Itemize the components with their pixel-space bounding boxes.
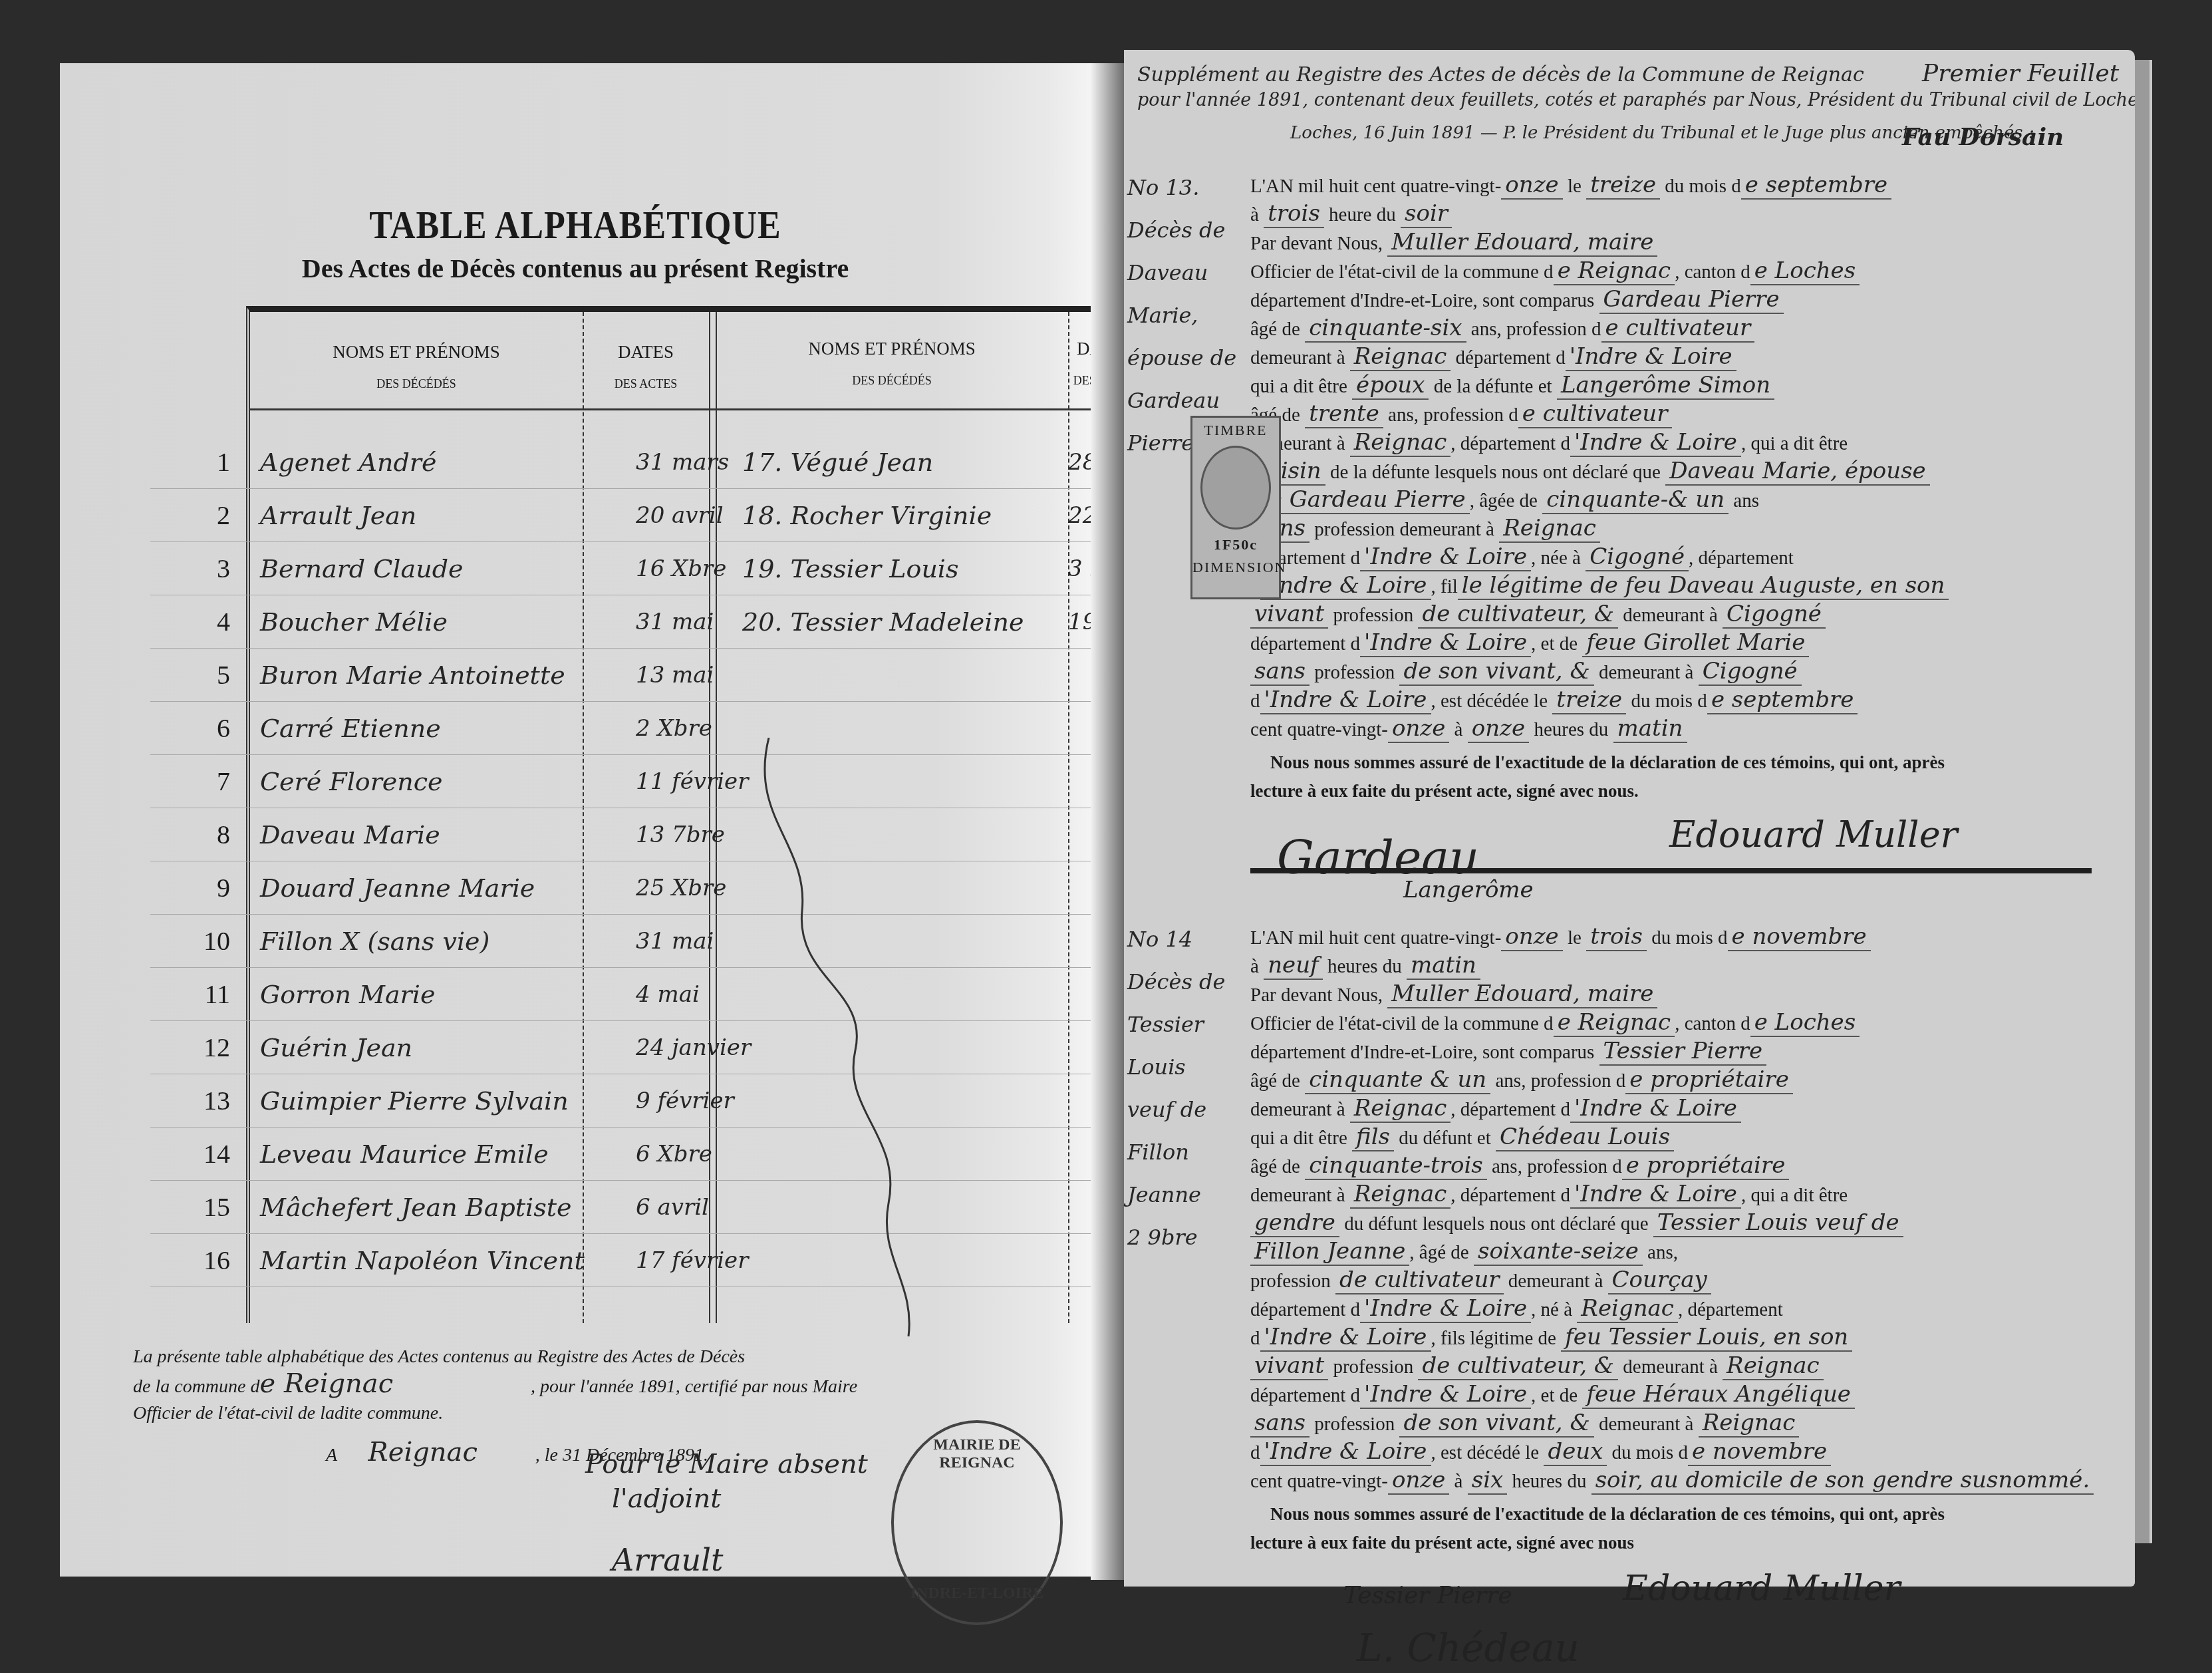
printed-text: , né à <box>1531 1299 1577 1320</box>
handwritten-entry: feu Tessier Louis, en son <box>1561 1324 1852 1352</box>
handwritten-entry: treize <box>1552 686 1626 714</box>
handwritten-entry: Langerôme Simon <box>1557 372 1774 400</box>
act-line: d'Indre & Loire, est décédée le treize d… <box>1250 688 2108 713</box>
deceased-name: Douard Jeanne Marie <box>260 873 535 903</box>
act-line: demeurant à Reignac, département d'Indre… <box>1250 1096 2108 1122</box>
printed-text: profession <box>1310 662 1399 683</box>
act-line: département d'Indre & Loire, née à Cigog… <box>1250 545 2108 570</box>
deceased-name: Martin Napoléon Vincent <box>260 1246 585 1275</box>
handwritten-entry: e novembre <box>1688 1438 1831 1466</box>
printed-text: , département <box>1678 1299 1783 1320</box>
handwritten-entry: e septembre <box>1741 172 1891 200</box>
printed-text: , fils légitime de <box>1431 1328 1562 1349</box>
signature: Edouard Muller <box>1623 1569 1900 1608</box>
printed-text: département d <box>1250 1385 1360 1406</box>
table-row: 8Daveau Marie13 7bre <box>150 811 1108 861</box>
act-line: demeurant à Reignac département d'Indre … <box>1250 345 2108 370</box>
handwritten-entry: soixante-seize <box>1474 1238 1643 1266</box>
closing-text: Nous nous sommes assuré de l'exactitude … <box>1250 750 2128 774</box>
printed-text: ans, profession d <box>1466 319 1601 340</box>
printed-text: à <box>1449 1471 1467 1492</box>
printed-text: , est décédée le <box>1431 690 1553 712</box>
printed-text: département d <box>1250 633 1360 655</box>
printed-text: de la défunte lesquels nous ont déclaré … <box>1325 462 1665 483</box>
handwritten-entry: sans <box>1250 658 1310 686</box>
printed-text: à <box>1250 204 1264 226</box>
signature: Arrault <box>612 1543 868 1577</box>
handwritten-entry: de cultivateur, & <box>1418 1352 1618 1380</box>
sheet-label: Premier Feuillet <box>1922 60 2119 87</box>
act-line: vivant profession de cultivateur, & deme… <box>1250 602 2108 627</box>
left-page: TABLE ALPHABÉTIQUE Des Actes de Décès co… <box>60 63 1091 1577</box>
act-line: à neuf heures du matin <box>1250 953 2108 979</box>
act-date: 17 février <box>636 1247 749 1274</box>
handwritten-entry: 'Indre & Loire <box>1260 686 1431 714</box>
printed-text: Officier de l'état-civil de la commune d <box>1250 1013 1554 1034</box>
printed-text: , âgée de <box>1470 490 1543 512</box>
handwritten-entry: Daveau Marie, épouse <box>1665 458 1930 486</box>
handwritten-entry: onze <box>1388 715 1449 743</box>
printed-text: profession <box>1328 605 1418 626</box>
handwritten-entry: e cultivateur <box>1518 400 1672 428</box>
page-title: TABLE ALPHABÉTIQUE <box>60 204 1091 249</box>
deceased-name: Guérin Jean <box>260 1033 412 1062</box>
deceased-name: Buron Marie Antoinette <box>260 661 565 690</box>
act-line: d'Indre & Loire, est décédé le deux du m… <box>1250 1440 2108 1465</box>
handwritten-entry: de son vivant, & <box>1399 1410 1593 1438</box>
signature: Langerôme <box>1403 877 1534 903</box>
header-names-2: NOMS ET PRÉNOMS DES DÉCÉDÉS <box>716 339 1068 388</box>
void-wavy-line <box>756 738 928 1336</box>
row-number: 10 <box>164 925 230 957</box>
signature: Edouard Muller <box>1669 814 1957 855</box>
deceased-name: Gorron Marie <box>260 980 435 1009</box>
table-row: 3Bernard Claude16 Xbre19. Tessier Louis3… <box>150 545 1108 595</box>
signature: Tessier Pierre <box>1343 1582 1512 1609</box>
table-row: 14Leveau Maurice Emile6 Xbre <box>150 1130 1108 1181</box>
handwritten-entry: e septembre <box>1707 686 1858 714</box>
act-date: 4 mai <box>636 981 700 1008</box>
handwritten-entry: vivant <box>1250 601 1328 629</box>
printed-text: du mois d <box>1660 176 1741 197</box>
act-line: demeurant à Reignac, département d'Indre… <box>1250 1182 2108 1207</box>
handwritten-entry: 'Indre & Loire <box>1360 1295 1531 1323</box>
act-line: département d'Indre-et-Loire, sont compa… <box>1250 1039 2108 1064</box>
table-row: 9Douard Jeanne Marie25 Xbre <box>150 864 1108 915</box>
deceased-name: 17. Végué Jean <box>742 448 933 477</box>
handwritten-entry: de cultivateur <box>1335 1267 1503 1294</box>
handwritten-entry: époux <box>1352 372 1429 400</box>
handwritten-entry: Tessier Pierre <box>1599 1038 1767 1066</box>
printed-text: demeurant à <box>1250 1099 1350 1120</box>
act-date: 13 mai <box>636 662 714 688</box>
handwritten-entry: le légitime de feu Daveau Auguste, en so… <box>1458 572 1949 600</box>
handwritten-entry: Chédeau Louis <box>1496 1124 1674 1151</box>
handwritten-entry: trente <box>1305 400 1383 428</box>
printed-text: de la défunte et <box>1429 376 1556 397</box>
table-row: 12Guérin Jean24 janvier <box>150 1024 1108 1074</box>
handwritten-entry: onze <box>1388 1467 1449 1495</box>
handwritten-entry: Gardeau Pierre <box>1599 286 1784 314</box>
register-header-note: Supplément au Registre des Actes de décè… <box>1137 63 1864 86</box>
book-gutter <box>1091 63 1124 1580</box>
handwritten-entry: Reignac <box>1350 1181 1451 1209</box>
handwritten-entry: cinquante-& un <box>1542 486 1728 514</box>
printed-text: âgé de <box>1250 1156 1305 1177</box>
header-rule <box>250 408 1108 410</box>
handwritten-entry: Reignac <box>1723 1352 1824 1380</box>
printed-text: , et de <box>1531 633 1582 655</box>
handwritten-entry: Reignac <box>1350 1095 1451 1123</box>
act-line: département d'Indre & Loire, né à Reigna… <box>1250 1296 2108 1322</box>
printed-text: demeurant à <box>1618 1356 1723 1378</box>
printed-text: d <box>1250 1442 1260 1463</box>
page-subtitle: Des Actes de Décès contenus au présent R… <box>60 253 1091 284</box>
act-date: 16 Xbre <box>636 555 726 582</box>
handwritten-entry: deux <box>1544 1438 1607 1466</box>
deceased-name: Mâchefert Jean Baptiste <box>260 1193 571 1222</box>
printed-text: cent quatre-vingt- <box>1250 719 1388 740</box>
act-line: de Gardeau Pierre, âgée de cinquante-& u… <box>1250 488 2108 513</box>
handwritten-entry: Reignac <box>1350 343 1451 371</box>
printed-text: , département d <box>1451 1185 1570 1206</box>
handwritten-entry: soir <box>1401 200 1452 228</box>
printed-text: du mois d <box>1607 1442 1688 1463</box>
handwritten-entry: feue Girollet Marie <box>1582 629 1809 657</box>
row-number: 16 <box>164 1245 230 1276</box>
act-line: gendre du défunt lesquels nous ont décla… <box>1250 1211 2108 1236</box>
printed-text: du défunt et <box>1394 1128 1496 1149</box>
printed-text: du mois d <box>1647 927 1728 949</box>
fiscal-stamp: TIMBRE 1F50c DIMENSION <box>1190 416 1281 599</box>
handwritten-entry: de Gardeau Pierre <box>1250 486 1470 514</box>
handwritten-entry: onze <box>1501 172 1562 200</box>
handwritten-entry: de son vivant, & <box>1399 658 1593 686</box>
right-page: Supplément au Registre des Actes de décè… <box>1124 50 2135 1587</box>
printed-text: , qui a dit être <box>1741 1185 1848 1206</box>
act-line: cent quatre-vingt-onze à onze heures du … <box>1250 716 2108 742</box>
printed-text: cent quatre-vingt- <box>1250 1471 1388 1492</box>
alphabetical-table: NOMS ET PRÉNOMS DES DÉCÉDÉS DATES DES AC… <box>246 306 1108 1323</box>
handwritten-entry: Cigogné <box>1723 601 1826 629</box>
deceased-name: Bernard Claude <box>260 554 463 583</box>
margin-note: No 14Décès deTessier Louisveuf deFillon … <box>1127 918 1247 1259</box>
deceased-name: Leveau Maurice Emile <box>260 1140 549 1169</box>
printed-text: , née à <box>1531 547 1586 569</box>
printed-text: le <box>1563 176 1586 197</box>
deceased-name: Daveau Marie <box>260 820 440 849</box>
printed-text: L'AN mil huit cent quatre-vingt- <box>1250 927 1501 949</box>
act-line: département d'Indre & Loire, et de feue … <box>1250 1382 2108 1408</box>
act-line: sans profession de son vivant, & demeura… <box>1250 1411 2108 1436</box>
handwritten-entry: Reignac <box>1699 1410 1800 1438</box>
handwritten-entry: 'Indre & Loire <box>1360 1381 1531 1409</box>
row-number: 3 <box>164 553 230 584</box>
printed-text: le <box>1563 927 1586 949</box>
table-row: 7Ceré Florence11 février <box>150 758 1108 808</box>
handwritten-entry: 'Indre & Loire <box>1260 572 1431 600</box>
act-date: 24 janvier <box>636 1034 751 1061</box>
printed-text: ans, profession d <box>1383 404 1518 426</box>
printed-text: demeurant à <box>1618 605 1723 626</box>
handwritten-entry: Cigogné <box>1586 543 1689 571</box>
handwritten-entry: feue Héraux Angélique <box>1582 1381 1855 1409</box>
handwritten-entry: sans <box>1250 1410 1310 1438</box>
handwritten-entry: trois <box>1264 200 1324 228</box>
printed-text: , département d <box>1451 1099 1570 1120</box>
act-line: âgé de cinquante-trois ans, profession d… <box>1250 1153 2108 1179</box>
deceased-name: 18. Rocher Virginie <box>742 501 992 530</box>
row-number: 15 <box>164 1191 230 1223</box>
deceased-name: Guimpier Pierre Sylvain <box>260 1086 569 1116</box>
handwritten-entry: 'Indre & Loire <box>1566 343 1736 371</box>
handwritten-entry: Reignac <box>1499 515 1600 543</box>
municipal-seal: MAIRIE DE REIGNAC INDRE-ET-LOIRE <box>891 1420 1063 1625</box>
act-line: demeurant à Reignac, département d'Indre… <box>1250 430 2108 456</box>
printed-text: âgé de <box>1250 1070 1305 1092</box>
printed-text: ans, profession d <box>1490 1070 1625 1092</box>
printed-text: qui a dit être <box>1250 376 1352 397</box>
deceased-name: Carré Etienne <box>260 714 441 743</box>
printed-text: du défunt lesquels nous ont déclaré que <box>1339 1213 1653 1235</box>
printed-text: d <box>1250 690 1260 712</box>
table-row: 10Fillon X (sans vie)31 mai <box>150 917 1108 968</box>
handwritten-entry: Fillon Jeanne <box>1250 1238 1409 1266</box>
printed-text: qui a dit être <box>1250 1128 1352 1149</box>
printed-text: heures du <box>1323 956 1407 977</box>
handwritten-entry: e Loches <box>1750 257 1860 285</box>
printed-text: demeurant à <box>1594 1414 1699 1435</box>
act-line: Par devant Nous, Muller Edouard, maire <box>1250 230 2108 255</box>
printed-text: , département <box>1689 547 1794 569</box>
closing-text: lecture à eux faite du présent acte, sig… <box>1250 779 2108 803</box>
header-names-1: NOMS ET PRÉNOMS DES DÉCÉDÉS <box>250 342 583 391</box>
handwritten-entry: soir, au domicile de son gendre susnommé… <box>1591 1467 2094 1495</box>
handwritten-entry: e propriétaire <box>1622 1152 1790 1180</box>
closing-text: Nous nous sommes assuré de l'exactitude … <box>1250 1502 2128 1526</box>
handwritten-entry: 'Indre & Loire <box>1360 543 1531 571</box>
printed-text: , département d <box>1451 433 1570 454</box>
printed-text: profession <box>1310 1414 1399 1435</box>
table-row: 15Mâchefert Jean Baptiste6 avril <box>150 1183 1108 1234</box>
table-row: 11Gorron Marie4 mai <box>150 971 1108 1021</box>
act-line: âgé de trente ans, profession de cultiva… <box>1250 402 2108 427</box>
act-line: voisin de la défunte lesquels nous ont d… <box>1250 459 2108 484</box>
act-date: 11 février <box>636 768 749 795</box>
handwritten-entry: Tessier Louis veuf de <box>1653 1209 1903 1237</box>
printed-text: heures du <box>1507 1471 1591 1492</box>
row-number: 4 <box>164 606 230 637</box>
row-number: 14 <box>164 1138 230 1169</box>
printed-text: , fil <box>1431 576 1458 597</box>
table-row: 5Buron Marie Antoinette13 mai <box>150 651 1108 702</box>
handwritten-entry: gendre <box>1250 1209 1339 1237</box>
act-date: 9 février <box>636 1088 734 1114</box>
handwritten-entry: 'Indre & Loire <box>1260 1324 1431 1352</box>
printed-text: ans, <box>1643 1242 1678 1263</box>
deceased-name: Fillon X (sans vie) <box>260 927 489 956</box>
handwritten-entry: e Reignac <box>1554 1009 1675 1037</box>
handwritten-entry: 'Indre & Loire <box>1570 429 1741 457</box>
row-number: 5 <box>164 659 230 690</box>
act-line: Par devant Nous, Muller Edouard, maire <box>1250 982 2108 1007</box>
printed-text: , canton d <box>1675 261 1750 283</box>
act-line: vivant profession de cultivateur, & deme… <box>1250 1354 2108 1379</box>
handwritten-entry: onze <box>1501 923 1562 951</box>
handwritten-entry: neuf <box>1264 952 1323 980</box>
act-date: 13 7bre <box>636 822 725 848</box>
handwritten-entry: e Reignac <box>1554 257 1675 285</box>
handwritten-entry: cinquante-trois <box>1305 1152 1487 1180</box>
deceased-name: Agenet André <box>260 448 436 477</box>
row-number: 7 <box>164 766 230 797</box>
act-line: Officier de l'état-civil de la commune d… <box>1250 1010 2108 1036</box>
table-row: 2Arrault Jean20 avril18. Rocher Virginie… <box>150 492 1108 542</box>
act-line: L'AN mil huit cent quatre-vingt-onze le … <box>1250 925 2108 950</box>
act-line: âgé de cinquante & un ans, profession de… <box>1250 1068 2108 1093</box>
signature: L. Chédeau <box>1357 1625 1580 1670</box>
act-line: sans profession de son vivant, & demeura… <box>1250 659 2108 684</box>
handwritten-entry: onze <box>1468 715 1529 743</box>
act-line: d'Indre & Loire, fille légitime de feu D… <box>1250 573 2108 599</box>
handwritten-entry: fils <box>1352 1124 1394 1151</box>
judge-signature: Fau Dorsain <box>1902 123 2064 151</box>
act-line: d'Indre & Loire, fils légitime de feu Te… <box>1250 1325 2108 1350</box>
act-divider <box>1250 868 2092 873</box>
printed-text: profession demeurant à <box>1310 519 1499 540</box>
handwritten-entry: treize <box>1586 172 1660 200</box>
closing-text: lecture à eux faite du présent acte, sig… <box>1250 1531 2108 1555</box>
handwritten-entry: e cultivateur <box>1601 315 1755 343</box>
deceased-name: Arrault Jean <box>260 501 416 530</box>
printed-text: profession <box>1250 1271 1335 1292</box>
handwritten-entry: matin <box>1407 952 1480 980</box>
row-number: 9 <box>164 872 230 903</box>
handwritten-entry: e novembre <box>1728 923 1871 951</box>
printed-text: département d <box>1451 347 1565 369</box>
row-number: 8 <box>164 819 230 850</box>
handwritten-entry: e Loches <box>1750 1009 1860 1037</box>
handwritten-entry: Reignac <box>1350 429 1451 457</box>
printed-text: demeurant à <box>1250 1185 1350 1206</box>
printed-text: , canton d <box>1675 1013 1750 1034</box>
header-dates-1: DATES DES ACTES <box>583 342 709 391</box>
deceased-name: Ceré Florence <box>260 767 443 796</box>
printed-text: département d'Indre-et-Loire, sont compa… <box>1250 290 1599 311</box>
printed-text: Par devant Nous, <box>1250 985 1387 1006</box>
handwritten-entry: Courçay <box>1608 1267 1711 1294</box>
printed-text: à <box>1449 719 1467 740</box>
deceased-name: Boucher Mélie <box>260 607 448 637</box>
act-line: Fillon Jeanne, âgé de soixante-seize ans… <box>1250 1239 2108 1265</box>
mayor-signature-block: Pour le Maire absent l'adjoint Arrault <box>612 1447 868 1577</box>
act-line: L'AN mil huit cent quatre-vingt-onze le … <box>1250 173 2108 198</box>
handwritten-entry: cinquante-six <box>1305 315 1466 343</box>
act-line: qui a dit être fils du défunt et Chédeau… <box>1250 1125 2108 1150</box>
printed-text: heures du <box>1529 719 1613 740</box>
handwritten-entry: Cigogné <box>1699 658 1802 686</box>
table-row: 1Agenet André31 mars17. Végué Jean28 Xbr… <box>150 438 1108 489</box>
act-date: 31 mai <box>636 928 714 955</box>
act-line: qui a dit être époux de la défunte et La… <box>1250 373 2108 398</box>
handwritten-entry: vivant <box>1250 1352 1328 1380</box>
act-date: 31 mai <box>636 609 714 635</box>
printed-text: du mois d <box>1626 690 1707 712</box>
printed-text: heure <box>1324 204 1377 226</box>
handwritten-entry: cinquante & un <box>1305 1066 1490 1094</box>
printed-text: , et de <box>1531 1385 1582 1406</box>
handwritten-entry: Muller Edouard, maire <box>1387 981 1657 1008</box>
printed-text: à <box>1250 956 1264 977</box>
act-line: département d'Indre-et-Loire, sont compa… <box>1250 287 2108 313</box>
handwritten-entry: e propriétaire <box>1625 1066 1793 1094</box>
printed-text: demeurant à <box>1594 662 1699 683</box>
act-line: département d'Indre & Loire, et de feue … <box>1250 631 2108 656</box>
printed-text: du <box>1377 204 1401 226</box>
act-date: 31 mars <box>636 449 729 476</box>
handwritten-entry: Muller Edouard, maire <box>1387 229 1657 257</box>
printed-text: département d'Indre-et-Loire, sont compa… <box>1250 1042 1599 1063</box>
row-number: 13 <box>164 1085 230 1116</box>
act-line: sans profession demeurant à Reignac <box>1250 516 2108 541</box>
table-row: 6Carré Etienne2 Xbre <box>150 704 1108 755</box>
act-line: Officier de l'état-civil de la commune d… <box>1250 259 2108 284</box>
marianne-medallion-icon <box>1200 446 1271 530</box>
row-number: 2 <box>164 500 230 531</box>
act-date: 2 Xbre <box>636 715 712 742</box>
printed-text: profession <box>1328 1356 1418 1378</box>
handwritten-entry: 'Indre & Loire <box>1360 629 1531 657</box>
table-row: 16Martin Napoléon Vincent17 février <box>150 1237 1108 1287</box>
handwritten-entry: matin <box>1613 715 1687 743</box>
deceased-name: 20. Tessier Madeleine <box>742 607 1024 637</box>
printed-text: ans <box>1728 490 1759 512</box>
commune-handwritten: e Reignac <box>260 1368 394 1399</box>
printed-text: demeurant à <box>1250 347 1350 369</box>
act-date: 6 avril <box>636 1194 709 1221</box>
act-line: âgé de cinquante-six ans, profession de … <box>1250 316 2108 341</box>
table-row: 4Boucher Mélie31 mai20. Tessier Madelein… <box>150 598 1108 649</box>
act-line: profession de cultivateur demeurant à Co… <box>1250 1268 2108 1293</box>
deceased-name: 19. Tessier Louis <box>742 554 959 583</box>
row-number: 6 <box>164 712 230 744</box>
row-number: 1 <box>164 446 230 478</box>
handwritten-entry: 'Indre & Loire <box>1570 1095 1741 1123</box>
printed-text: Officier de l'état-civil de la commune d <box>1250 261 1554 283</box>
row-number: 12 <box>164 1032 230 1063</box>
act-line: à trois heure du soir <box>1250 202 2108 227</box>
page-edge <box>2135 60 2152 1543</box>
act-date: 25 Xbre <box>636 875 726 901</box>
printed-text: Par devant Nous, <box>1250 233 1387 254</box>
printed-text: département d <box>1250 1299 1360 1320</box>
handwritten-entry: Reignac <box>1577 1295 1678 1323</box>
handwritten-entry: six <box>1468 1467 1508 1495</box>
handwritten-entry: de cultivateur, & <box>1418 601 1618 629</box>
printed-text: ans, profession d <box>1487 1156 1622 1177</box>
act-date: 6 Xbre <box>636 1141 712 1167</box>
printed-text: d <box>1250 1328 1260 1349</box>
row-number: 11 <box>164 979 230 1010</box>
table-row: 13Guimpier Pierre Sylvain9 février <box>150 1077 1108 1128</box>
handwritten-entry: 'Indre & Loire <box>1570 1181 1741 1209</box>
printed-text: , est décédé le <box>1431 1442 1544 1463</box>
handwritten-entry: 'Indre & Loire <box>1260 1438 1431 1466</box>
act-line: cent quatre-vingt-onze à six heures du s… <box>1250 1468 2108 1493</box>
printed-text: , qui a dit être <box>1741 433 1848 454</box>
handwritten-entry: trois <box>1586 923 1647 951</box>
printed-text: , âgé de <box>1409 1242 1474 1263</box>
